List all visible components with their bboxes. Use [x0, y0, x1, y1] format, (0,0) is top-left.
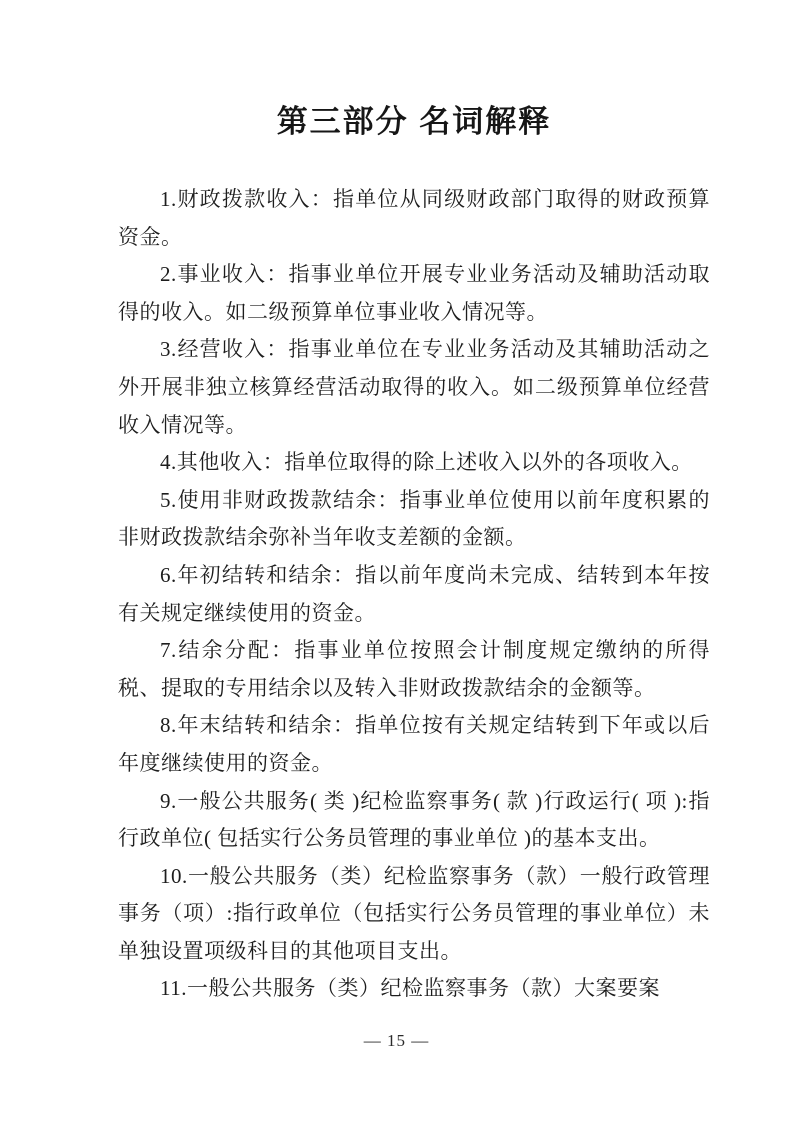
document-body: 1.财政拨款收入：指单位从同级财政部门取得的财政预算资金。2.事业收入：指事业单… — [118, 181, 710, 1008]
glossary-item-9: 9.一般公共服务( 类 )纪检监察事务( 款 )行政运行( 项 ):指行政单位(… — [118, 783, 710, 858]
glossary-item-2: 2.事业收入：指事业单位开展专业业务活动及辅助活动取得的收入。如二级预算单位事业… — [118, 256, 710, 331]
glossary-item-8: 8.年末结转和结余：指单位按有关规定结转到下年或以后年度继续使用的资金。 — [118, 707, 710, 782]
glossary-item-6: 6.年初结转和结余：指以前年度尚未完成、结转到本年按有关规定继续使用的资金。 — [118, 557, 710, 632]
document-page: 第三部分 名词解释 1.财政拨款收入：指单位从同级财政部门取得的财政预算资金。2… — [0, 0, 793, 1122]
page-title: 第三部分 名词解释 — [118, 96, 710, 141]
glossary-item-7: 7.结余分配：指事业单位按照会计制度规定缴纳的所得税、提取的专用结余以及转入非财… — [118, 632, 710, 707]
glossary-item-11: 11.一般公共服务（类）纪检监察事务（款）大案要案 — [118, 970, 710, 1008]
glossary-item-1: 1.财政拨款收入：指单位从同级财政部门取得的财政预算资金。 — [118, 181, 710, 256]
glossary-item-10: 10.一般公共服务（类）纪检监察事务（款）一般行政管理事务（项）:指行政单位（包… — [118, 858, 710, 971]
glossary-item-3: 3.经营收入：指事业单位在专业业务活动及其辅助活动之外开展非独立核算经营活动取得… — [118, 331, 710, 444]
glossary-item-5: 5.使用非财政拨款结余：指事业单位使用以前年度积累的非财政拨款结余弥补当年收支差… — [118, 482, 710, 557]
page-footer: — 15 — — [0, 1031, 793, 1051]
glossary-item-4: 4.其他收入：指单位取得的除上述收入以外的各项收入。 — [118, 444, 710, 482]
page-number: — 15 — — [364, 1031, 430, 1050]
